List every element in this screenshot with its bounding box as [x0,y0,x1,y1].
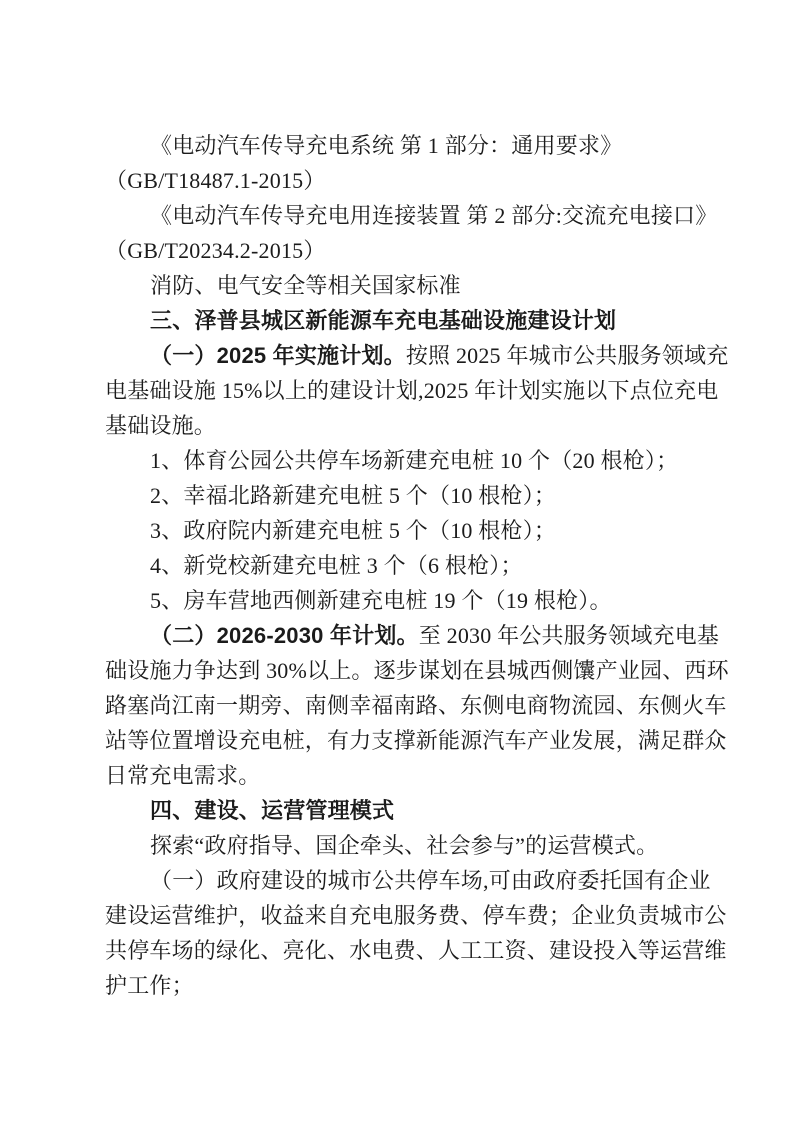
text-line-14: 5、房车营地西侧新建充电桩 19 个（19 根枪）。 [105,583,697,618]
text-line-3: 《电动汽车传导充电用连接装置 第 2 部分:交流充电接口》 [105,198,697,233]
text-line-22: （一）政府建设的城市公共停车场,可由政府委托国有企业 [105,863,697,898]
text-line-2: （GB/T18487.1-2015） [105,163,697,198]
text-segment: 护工作； [105,973,194,998]
text-line-5: 消防、电气安全等相关国家标准 [105,268,697,303]
text-segment: 消防、电气安全等相关国家标准 [150,273,461,298]
text-line-4: （GB/T20234.2-2015） [105,233,697,268]
text-line-20: 四、建设、运营管理模式 [105,793,697,828]
document-body: 《电动汽车传导充电系统 第 1 部分：通用要求》（GB/T18487.1-201… [105,128,697,1003]
text-segment: 探索“政府指导、国企牵头、社会参与”的运营模式。 [150,833,658,858]
text-segment: 路塞尚江南一期旁、南侧幸福南路、东侧电商物流园、东侧火车 [105,693,727,718]
text-line-23: 建设运营维护，收益来自充电服务费、停车费；企业负责城市公 [105,898,697,933]
text-segment: 《电动汽车传导充电系统 第 1 部分：通用要求》 [150,133,622,158]
text-segment: 《电动汽车传导充电用连接装置 第 2 部分:交流充电接口》 [150,203,717,228]
text-line-19: 日常充电需求。 [105,758,697,793]
text-segment: 共停车场的绿化、亮化、水电费、人工工资、建设投入等运营维 [105,938,727,963]
text-segment: 4、新党校新建充电桩 3 个（6 根枪）； [150,553,523,578]
text-segment: （一）政府建设的城市公共停车场,可由政府委托国有企业 [150,868,711,893]
text-line-8: 电基础设施 15%以上的建设计划,2025 年计划实施以下点位充电 [105,373,697,408]
bold-text-segment: 三、泽普县城区新能源车充电基础设施建设计划 [150,308,616,333]
text-segment: 础设施力争达到 30%以上。逐步谋划在县城西侧馕产业园、西环 [105,658,729,683]
document-page: 《电动汽车传导充电系统 第 1 部分：通用要求》（GB/T18487.1-201… [0,0,793,1122]
bold-text-segment: 四、建设、运营管理模式 [150,798,394,823]
text-segment: 基础设施。 [105,413,216,438]
bold-text-segment: （一）2025 年实施计划。 [150,343,406,368]
text-segment: 日常充电需求。 [105,763,260,788]
text-line-18: 站等位置增设充电桩，有力支撑新能源汽车产业发展，满足群众 [105,723,697,758]
text-line-15: （二）2026-2030 年计划。至 2030 年公共服务领域充电基 [105,618,697,653]
text-segment: 站等位置增设充电桩，有力支撑新能源汽车产业发展，满足群众 [105,728,727,753]
text-line-24: 共停车场的绿化、亮化、水电费、人工工资、建设投入等运营维 [105,933,697,968]
text-segment: 至 2030 年公共服务领域充电基 [419,623,719,648]
text-segment: 5、房车营地西侧新建充电桩 19 个（19 根枪）。 [150,588,612,613]
text-line-12: 3、政府院内新建充电桩 5 个（10 根枪）； [105,513,697,548]
text-segment: 按照 2025 年城市公共服务领域充 [406,343,729,368]
text-segment: 建设运营维护，收益来自充电服务费、停车费；企业负责城市公 [105,903,727,928]
text-line-21: 探索“政府指导、国企牵头、社会参与”的运营模式。 [105,828,697,863]
text-segment: 电基础设施 15%以上的建设计划,2025 年计划实施以下点位充电 [105,378,718,403]
text-line-7: （一）2025 年实施计划。按照 2025 年城市公共服务领域充 [105,338,697,373]
text-line-16: 础设施力争达到 30%以上。逐步谋划在县城西侧馕产业园、西环 [105,653,697,688]
text-line-11: 2、幸福北路新建充电桩 5 个（10 根枪）； [105,478,697,513]
text-line-9: 基础设施。 [105,408,697,443]
text-segment: 2、幸福北路新建充电桩 5 个（10 根枪）； [150,483,556,508]
text-line-10: 1、体育公园公共停车场新建充电桩 10 个（20 根枪）； [105,443,697,478]
text-segment: （GB/T18487.1-2015） [105,168,326,193]
text-segment: 1、体育公园公共停车场新建充电桩 10 个（20 根枪）； [150,448,678,473]
text-line-13: 4、新党校新建充电桩 3 个（6 根枪）； [105,548,697,583]
text-line-6: 三、泽普县城区新能源车充电基础设施建设计划 [105,303,697,338]
text-segment: 3、政府院内新建充电桩 5 个（10 根枪）； [150,518,556,543]
text-segment: （GB/T20234.2-2015） [105,238,326,263]
bold-text-segment: （二）2026-2030 年计划。 [150,623,419,648]
text-line-1: 《电动汽车传导充电系统 第 1 部分：通用要求》 [105,128,697,163]
text-line-17: 路塞尚江南一期旁、南侧幸福南路、东侧电商物流园、东侧火车 [105,688,697,723]
text-line-25: 护工作； [105,968,697,1003]
